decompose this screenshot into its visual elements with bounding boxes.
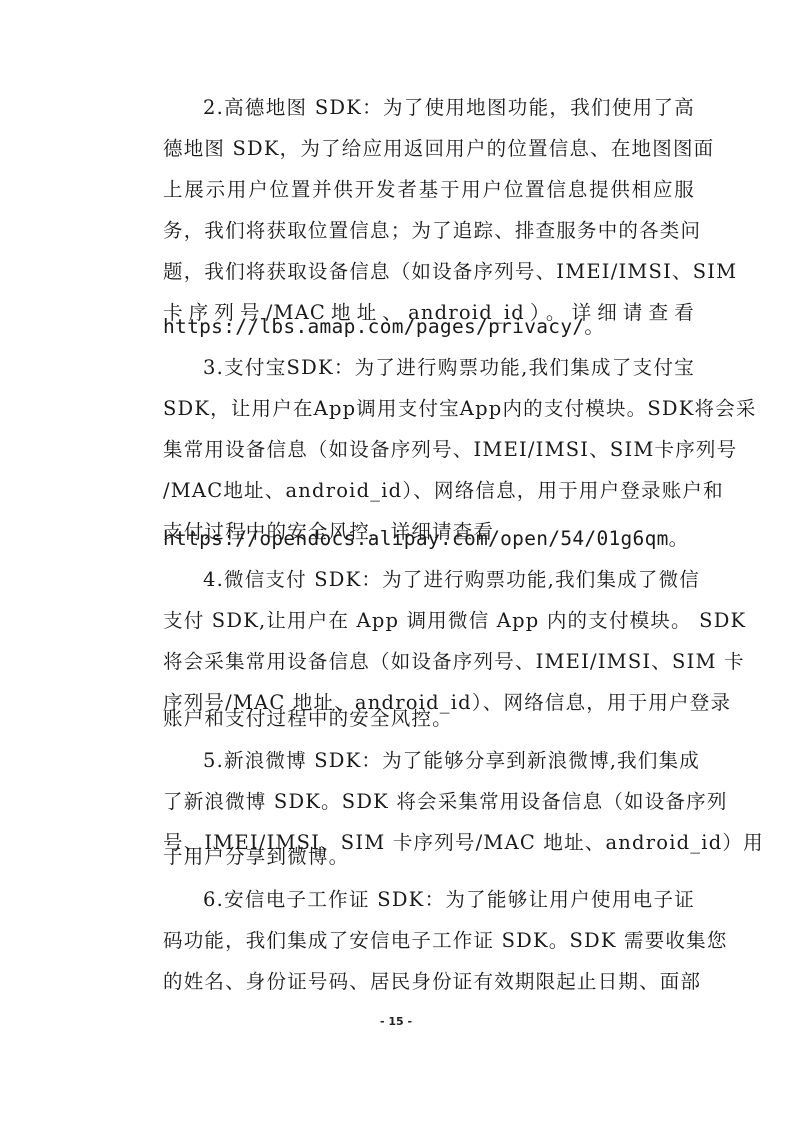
paragraph-alipay-line-2: SDK，让用户在App调用支付宝App内的支付模块。SDK将会采: [163, 395, 695, 423]
paragraph-alipay-line-4: /MAC地址、android_id）、网络信息，用于用户登录账户和: [163, 477, 695, 505]
paragraph-anxin-line-1: 6.安信电子工作证 SDK：为了能够让用户使用电子证: [203, 886, 695, 914]
page-number: - 15 -: [0, 1015, 792, 1028]
paragraph-alipay-line-1: 3.支付宝SDK：为了进行购票功能,我们集成了支付宝: [203, 354, 695, 382]
paragraph-amap-line-1: 2.高德地图 SDK：为了使用地图功能，我们使用了高: [203, 94, 695, 122]
paragraph-amap-line-2: 德地图 SDK，为了给应用返回用户的位置信息、在地图图面: [163, 135, 695, 163]
paragraph-amap-link[interactable]: https://lbs.amap.com/pages/privacy/。: [163, 313, 695, 341]
paragraph-wechat-line-2: 支付 SDK,让用户在 App 调用微信 App 内的支付模块。 SDK: [163, 607, 695, 635]
paragraph-anxin-line-2: 码功能，我们集成了安信电子工作证 SDK。SDK 需要收集您: [163, 927, 695, 955]
paragraph-amap-line-4: 务，我们将获取位置信息；为了追踪、排查服务中的各类问: [163, 217, 695, 245]
paragraph-amap-line-3: 上展示用户位置并供开发者基于用户位置信息提供相应服: [163, 176, 695, 204]
paragraph-wechat-line-3: 将会采集常用设备信息（如设备序列号、IMEI/IMSI、SIM 卡: [163, 648, 695, 676]
paragraph-alipay-line-3: 集常用设备信息（如设备序列号、IMEI/IMSI、SIM卡序列号: [163, 436, 695, 464]
paragraph-weibo-line-2: 了新浪微博 SDK。SDK 将会采集常用设备信息（如设备序列: [163, 788, 695, 816]
paragraph-weibo-line-1: 5.新浪微博 SDK：为了能够分享到新浪微博,我们集成: [203, 747, 695, 775]
paragraph-anxin-line-3: 的姓名、身份证号码、居民身份证有效期限起止日期、面部: [163, 968, 695, 996]
paragraph-wechat-line-1: 4.微信支付 SDK：为了进行购票功能,我们集成了微信: [203, 566, 695, 594]
paragraph-wechat-line-5: 账户和支付过程中的安全风控。: [163, 705, 695, 733]
document-page: 2.高德地图 SDK：为了使用地图功能，我们使用了高 德地图 SDK，为了给应用…: [0, 0, 792, 1121]
paragraph-alipay-link[interactable]: https://opendocs.alipay.com/open/54/01g6…: [163, 525, 695, 553]
paragraph-weibo-line-4: 于用户分享到微博。: [163, 843, 695, 871]
paragraph-amap-line-5: 题，我们将获取设备信息（如设备序列号、IMEI/IMSI、SIM: [163, 258, 695, 286]
